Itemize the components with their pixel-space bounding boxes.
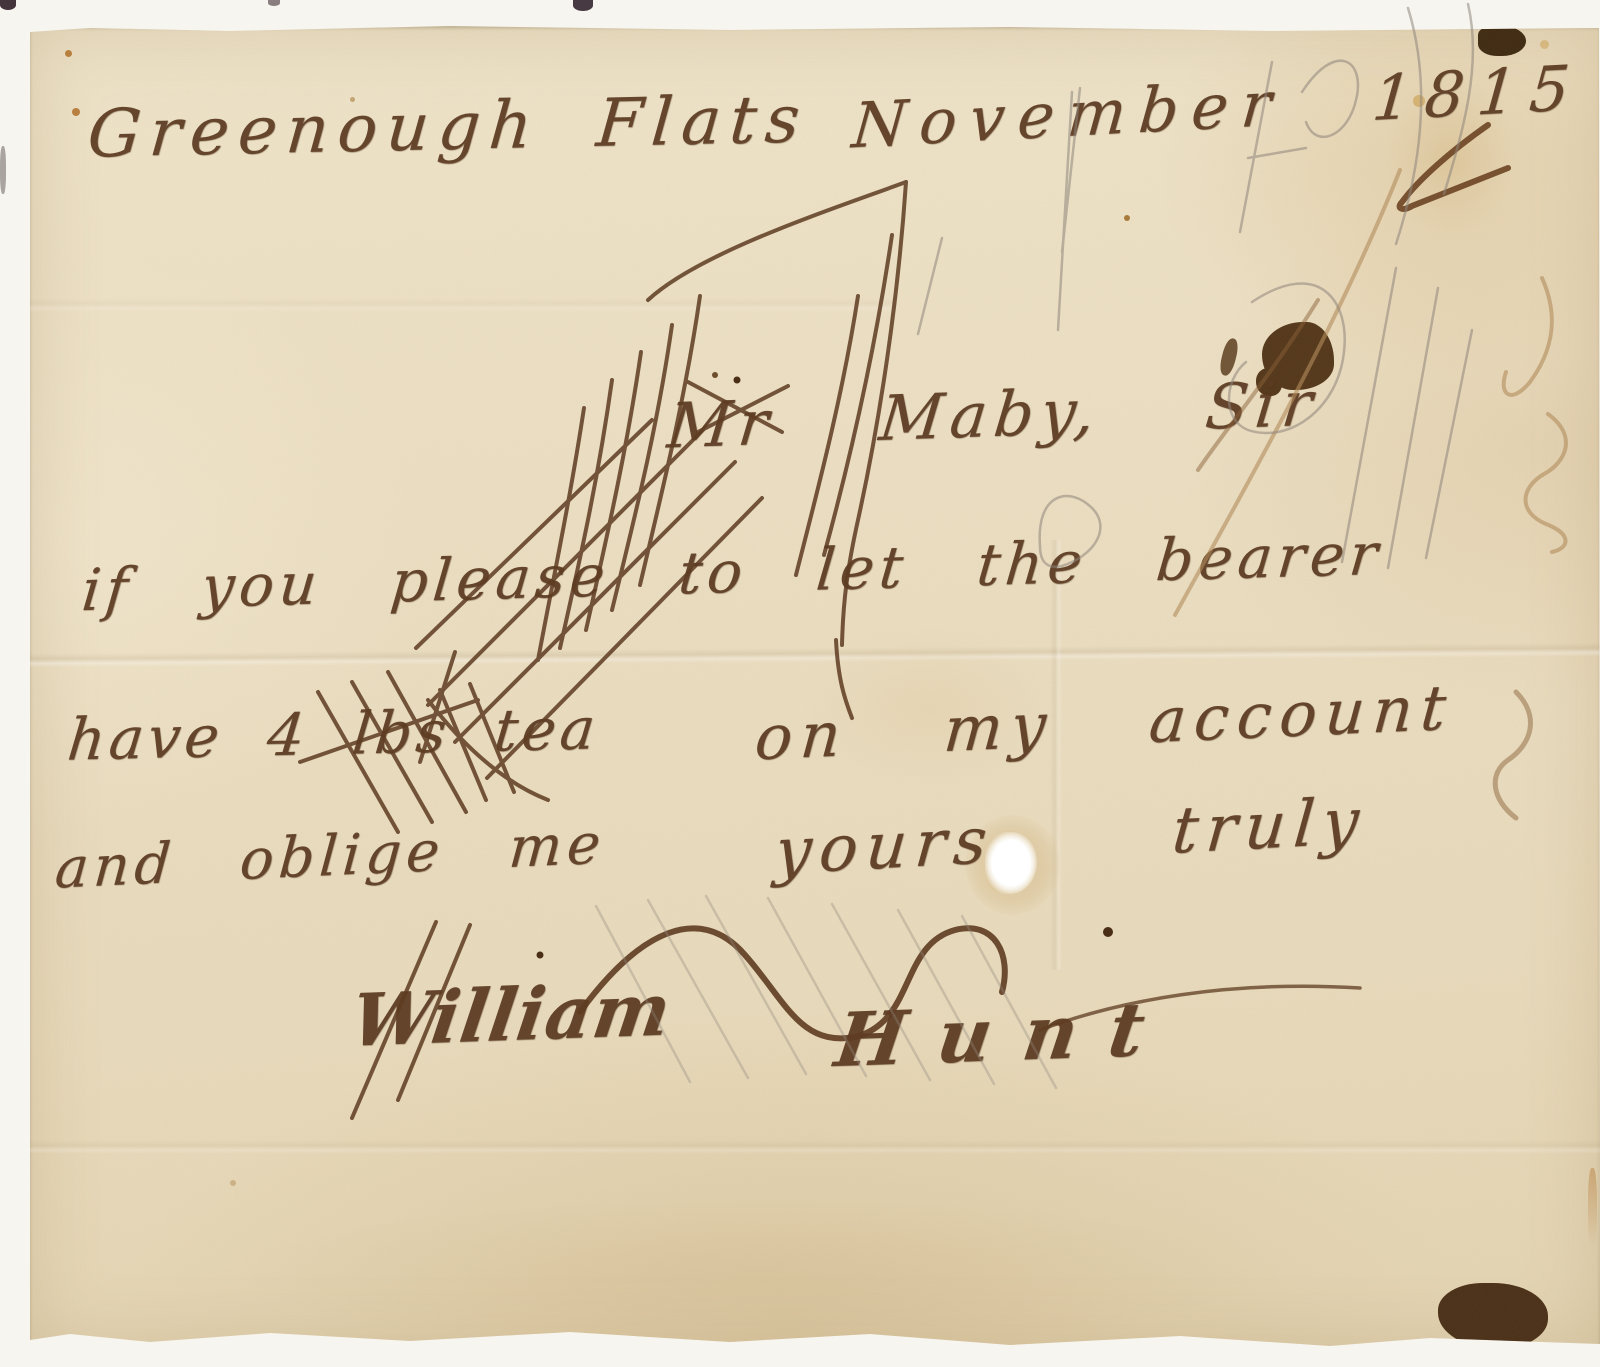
signature-first-name: William [346, 966, 677, 1063]
body-line-2a: have 4 lbs tea [65, 694, 603, 773]
scanned-letter: Greenough Flats November 1815 Mr Maby, S… [0, 0, 1600, 1367]
margin-mark [268, 0, 280, 6]
margin-mark [0, 146, 6, 194]
margin-mark [573, 0, 593, 11]
signature-last-name: Hunt [830, 986, 1182, 1084]
margin-mark [0, 0, 16, 10]
place-line: Greenough Flats [85, 80, 812, 172]
